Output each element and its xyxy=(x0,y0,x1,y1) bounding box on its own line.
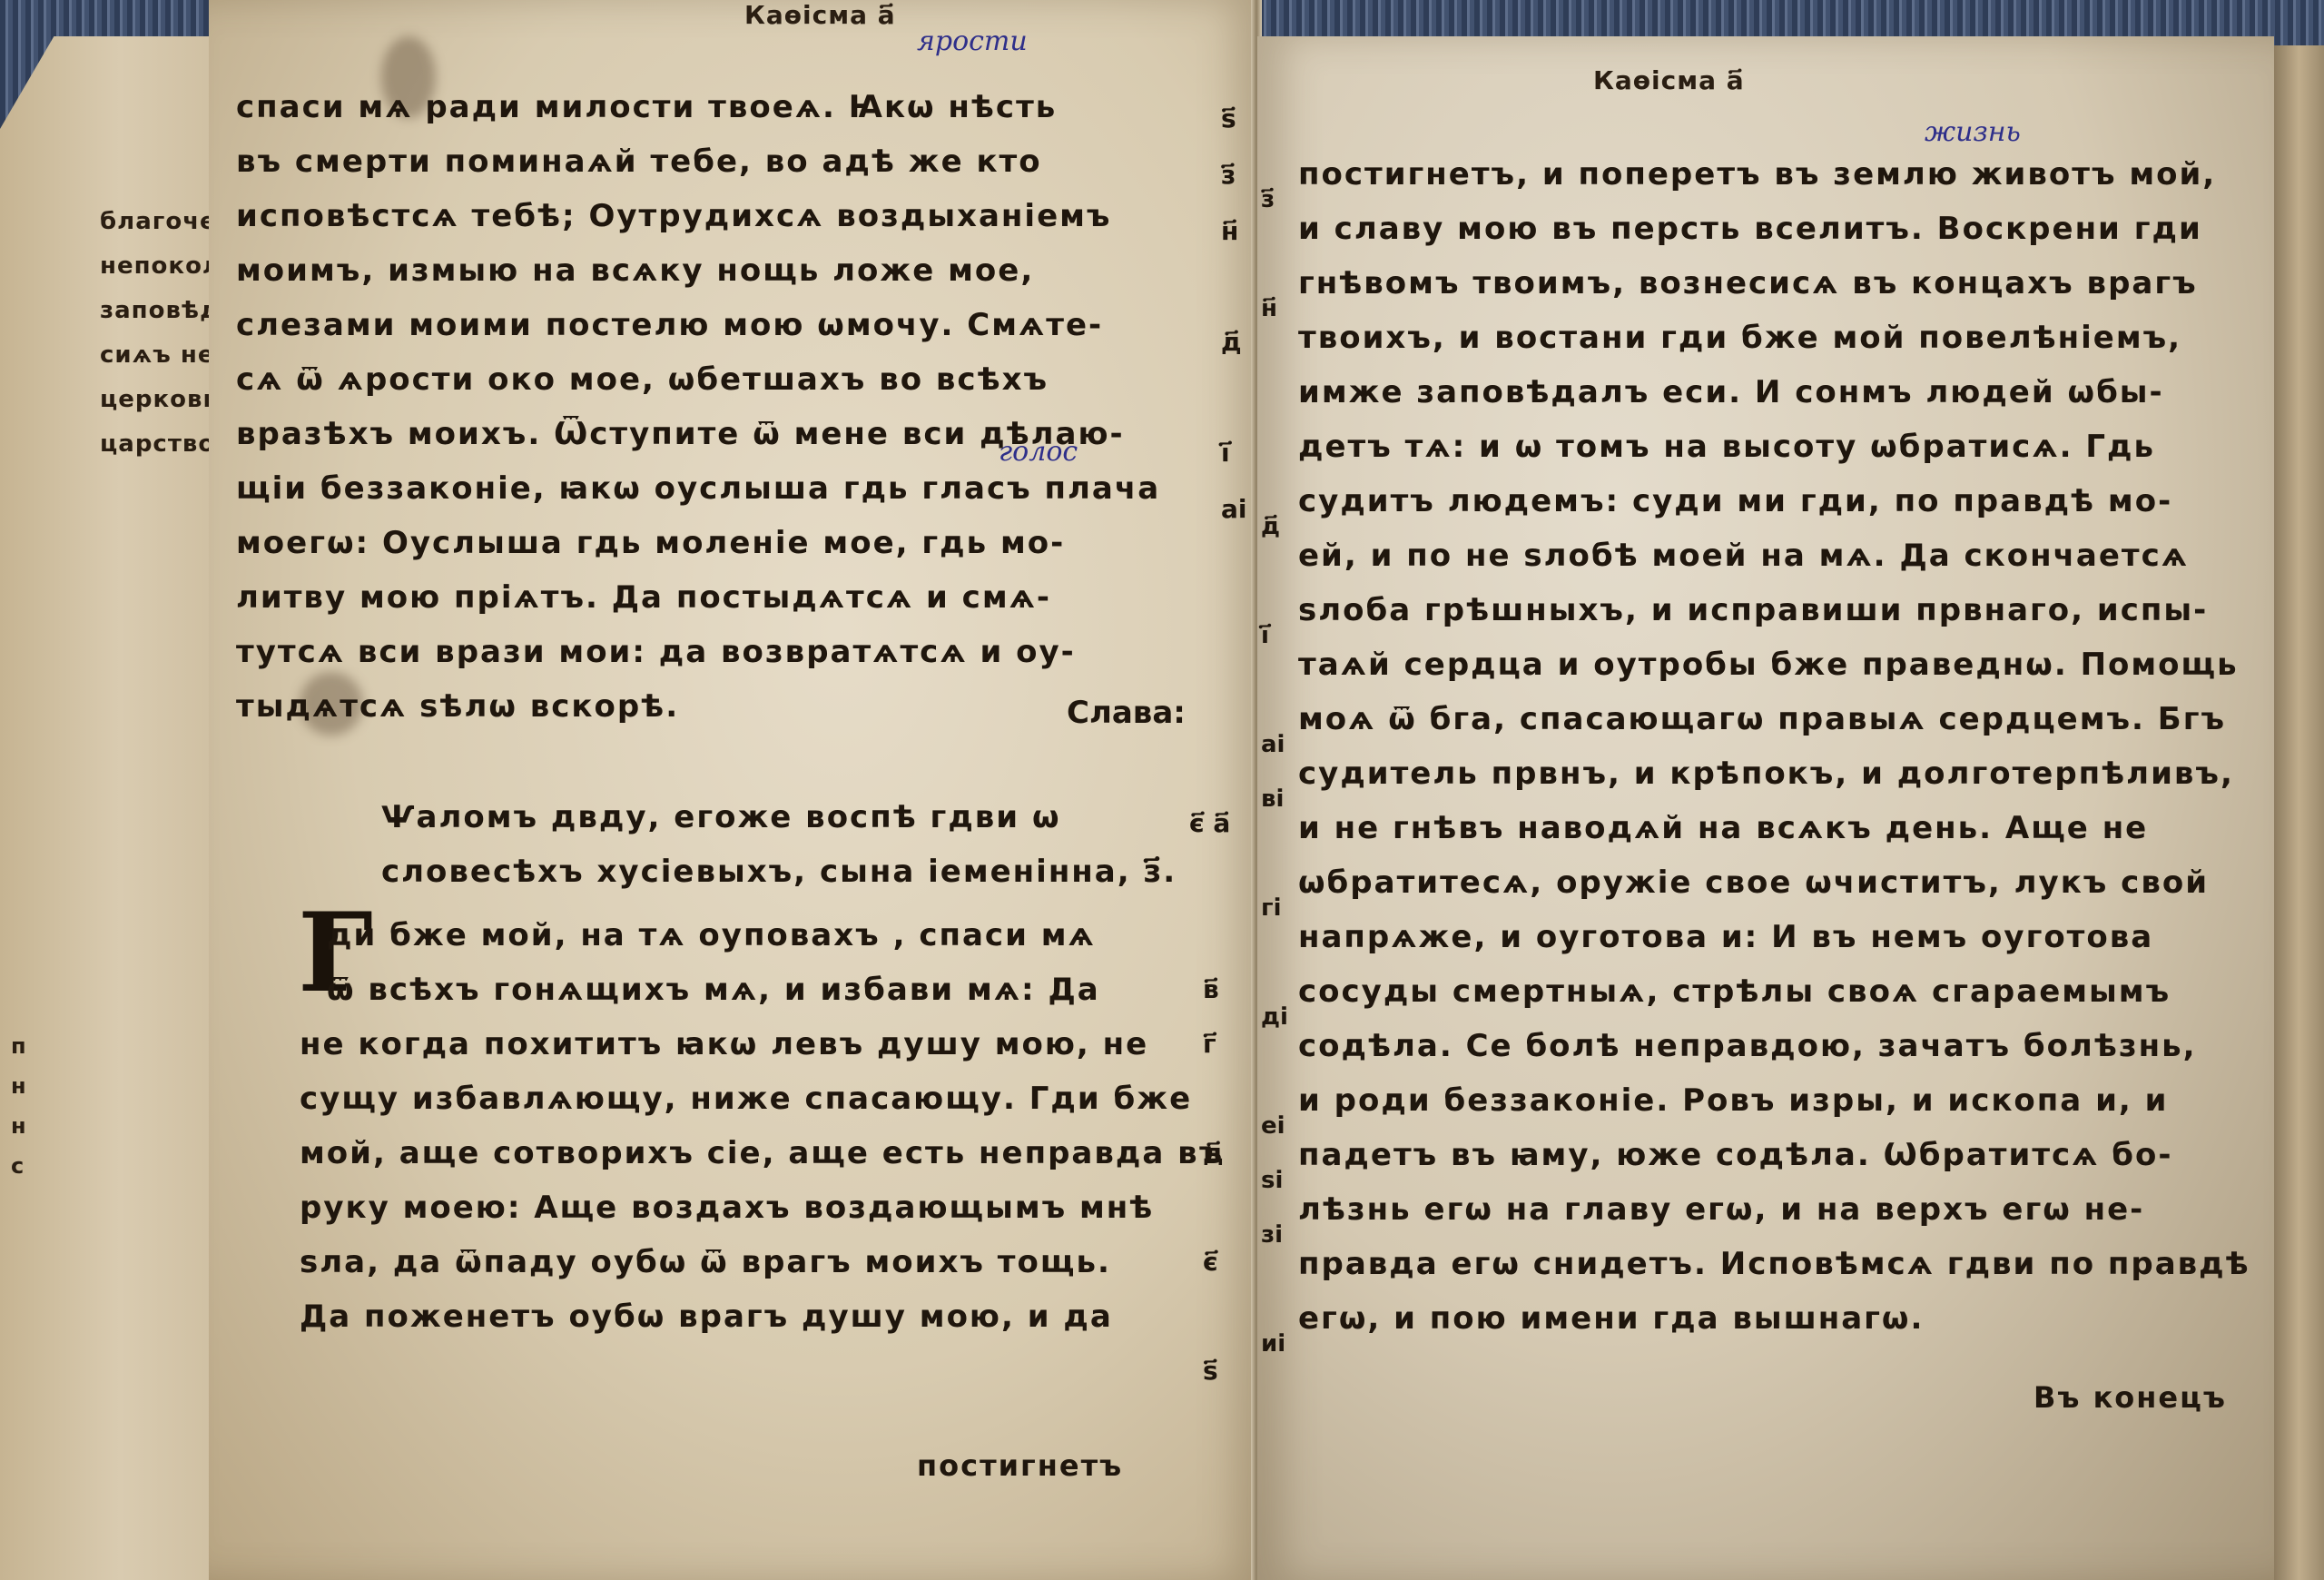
text-line: вразѣхъ моихъ. Ѿступите ѿ мене вси дѣлаю… xyxy=(236,407,1160,461)
left-page: Каѳісма а҃ ярости голос спаси мѧ ради ми… xyxy=(209,0,1262,1580)
flyleaf-fragment: с xyxy=(11,1146,26,1186)
psalm-title: Ѱаломъ двду, егоже воспѣ гдви ѡ словесѣх… xyxy=(381,790,1177,899)
text-line: моѧ ѿ бга, спасающагѡ правыѧ сердцемъ. Б… xyxy=(1298,692,2250,746)
text-line: и славу мою въ персть вселитъ. Воскрени … xyxy=(1298,202,2250,256)
verse-number: ѕі xyxy=(1261,1153,1288,1208)
verse-number: д҃ xyxy=(1221,314,1247,370)
text-line: ѕлоба грѣшныхъ, и исправиши првнаго, исп… xyxy=(1298,583,2250,637)
text-line: не когда похититъ ꙗкѡ левъ душу мою, не xyxy=(300,1017,1224,1071)
text-line: постигнетъ, и поперетъ въ землю животъ м… xyxy=(1298,147,2250,202)
text-line: егѡ, и пою имени гда вышнагѡ. xyxy=(1298,1291,2250,1346)
right-page-header: Каѳісма а҃ xyxy=(1593,65,1745,95)
verse-number: є҃ а҃ xyxy=(1189,808,1230,838)
verse-number: з҃ xyxy=(1261,173,1288,227)
text-line: литву мою пріѧтъ. Да постыдѧтсѧ и смѧ- xyxy=(236,570,1160,625)
psalm-title-line: словесѣхъ хусіевыхъ, сына іемені­нна, з҃… xyxy=(381,844,1177,899)
verse-number: є҃ xyxy=(1203,1235,1224,1289)
left-page-header: Каѳісма а҃ xyxy=(744,0,896,30)
verse-number: ѕ҃ xyxy=(1221,91,1247,147)
verse-number: гі xyxy=(1261,881,1288,935)
text-line: въ смерти поминаѧй тебе, во адѣ же кто xyxy=(236,134,1160,189)
text-line: спаси мѧ ради милости твоеѧ. Ꙗкѡ нѣсть xyxy=(236,80,1160,134)
text-line: детъ тѧ: и ѡ томъ на высоту ѡбратисѧ. Гд… xyxy=(1298,420,2250,474)
text-line: лѣзнь егѡ на главу егѡ, и на верхъ егѡ н… xyxy=(1298,1182,2250,1237)
text-line: гнѣвомъ твоимъ, вознесисѧ въ концахъ вра… xyxy=(1298,256,2250,311)
left-margin-verse-numbers: ѕ҃ з҃ н҃ д҃ і҃ аі xyxy=(1221,91,1247,538)
text-line: слезами моими постелю мою ѡмочу. Смѧте- xyxy=(236,298,1160,352)
text-line: руку моею: Аще воздахъ воздающымъ мнѣ xyxy=(300,1180,1224,1235)
flyleaf-fragments: п н н с xyxy=(11,1026,26,1186)
verse-number: г҃ xyxy=(1203,1017,1224,1071)
psalm-title-line: Ѱаломъ двду, егоже воспѣ гдви ѡ xyxy=(381,790,1177,844)
text-line: твоихъ, и востани гди бже мой повелѣніем… xyxy=(1298,311,2250,365)
text-line: щіи беззаконіе, ꙗкѡ оуслыша гдь гласъ пл… xyxy=(236,461,1160,516)
flyleaf-fragment: н xyxy=(11,1106,26,1146)
text-line: моегѡ: Оуслыша гдь моленіе мое, гдь мо- xyxy=(236,516,1160,570)
text-line: судитель првнъ, и крѣпокъ, и долготерпѣл… xyxy=(1298,746,2250,801)
handwritten-annotation: ярости xyxy=(917,25,1028,57)
verse-number: з҃ xyxy=(1221,147,1247,203)
verse-number: аі xyxy=(1261,717,1288,772)
text-line: ѡбратитесѧ, оружіе свое ѡчиститъ, лукъ с… xyxy=(1298,855,2250,910)
verse-number: ѕ҃ xyxy=(1203,1344,1224,1398)
verse-number: д҃ xyxy=(1261,499,1288,554)
text-line: ѿ всѣхъ гонѧщихъ мѧ, и избави мѧ: Да xyxy=(327,963,1224,1017)
text-line: падетъ въ ꙗму, юже содѣла. Ѡбратитсѧ бо- xyxy=(1298,1128,2250,1182)
text-line: ди бже мой, на тѧ оуповахъ , спаси мѧ xyxy=(327,908,1224,963)
open-book: благочести непоколеби заповѣдей сиѧъ неб… xyxy=(0,0,2324,1580)
flyleaf-fragment: п xyxy=(11,1026,26,1066)
text-line: исповѣстсѧ тебѣ; Оутрудихсѧ воздыханіемъ xyxy=(236,189,1160,243)
slava-marker: Слава: xyxy=(1067,695,1186,731)
text-line: Да поженетъ оубѡ врагъ душу мою, и да xyxy=(300,1289,1224,1344)
right-margin-verse-numbers: з҃ н҃ д҃ і҃ аі ві гі ді еі ѕі зі иі xyxy=(1261,173,1288,1371)
end-note: Въ конецъ xyxy=(2033,1380,2227,1415)
verse-number: еі xyxy=(1261,1099,1288,1153)
text-line: и не гнѣвъ наводѧй на всѧкъ день. Аще не xyxy=(1298,801,2250,855)
verse-number: ві xyxy=(1261,772,1288,826)
handwritten-annotation: жизнь xyxy=(1925,116,2021,148)
text-line: таѧй сердца и оутробы бже праведнѡ. Помо… xyxy=(1298,637,2250,692)
verse-number: ді xyxy=(1261,990,1288,1044)
text-line: ѕла, да ѿпаду оубѡ ѿ врагъ моихъ тощь. xyxy=(300,1235,1224,1289)
text-line: моимъ, измыю на всѧку нощь ложе мое, xyxy=(236,243,1160,298)
verse-number: в҃ xyxy=(1203,963,1224,1017)
text-line: содѣла. Се болѣ неправдою, зачатъ болѣзн… xyxy=(1298,1019,2250,1073)
text-line: напрѧже, и оуготова и: И въ немъ оуготов… xyxy=(1298,910,2250,964)
text-line: ей, и по не ѕлобѣ моей на мѧ. Да скончае… xyxy=(1298,528,2250,583)
text-line: сущу избавлѧющу, ниже спасающу. Гди бже xyxy=(300,1071,1224,1126)
left-margin-verse-numbers-lower: в҃ г҃ д҃ є҃ ѕ҃ xyxy=(1203,963,1224,1398)
text-line: правда егѡ снидетъ. Исповѣмсѧ гдви по пр… xyxy=(1298,1237,2250,1291)
verse-number: иі xyxy=(1261,1317,1288,1371)
verse-number: і҃ xyxy=(1261,608,1288,663)
catchword: постигнетъ xyxy=(917,1448,1123,1483)
page-edges xyxy=(2274,45,2324,1580)
text-line: сосуды смертныѧ, стрѣлы своѧ сгараемымъ xyxy=(1298,964,2250,1019)
text-line: судитъ людемъ: суди ми гди, по правдѣ мо… xyxy=(1298,474,2250,528)
left-page-text: спаси мѧ ради милости твоеѧ. Ꙗкѡ нѣсть в… xyxy=(236,80,1160,734)
right-page-text: постигнетъ, и поперетъ въ землю животъ м… xyxy=(1298,147,2250,1346)
verse-number: аі xyxy=(1221,481,1247,538)
verse-number: і҃ xyxy=(1221,425,1247,481)
verse-number: н҃ xyxy=(1261,281,1288,336)
text-line: тыдѧтсѧ ѕѣлѡ вскорѣ. xyxy=(236,679,1160,734)
flyleaf-fragment: н xyxy=(11,1066,26,1106)
verse-number: зі xyxy=(1261,1208,1288,1262)
right-page: Каѳісма а҃ жизнь постигнетъ, и поперетъ … xyxy=(1257,36,2274,1580)
verse-number: н҃ xyxy=(1221,203,1247,260)
text-line: имже заповѣдалъ еси. И сонмъ людей ѡбы- xyxy=(1298,365,2250,420)
verse-number: д҃ xyxy=(1203,1126,1224,1180)
text-line: и роди беззаконіе. Ровъ изры, и ископа и… xyxy=(1298,1073,2250,1128)
text-line: тутсѧ вси врази мои: да возвратѧтсѧ и оу… xyxy=(236,625,1160,679)
psalm-text: ди бже мой, на тѧ оуповахъ , спаси мѧ ѿ … xyxy=(327,908,1224,1344)
text-line: мой, аще сотворихъ сіе, аще есть неправд… xyxy=(300,1126,1224,1180)
text-line: сѧ ѿ ѧрости око мое, ѡбетшахъ во всѣхъ xyxy=(236,352,1160,407)
